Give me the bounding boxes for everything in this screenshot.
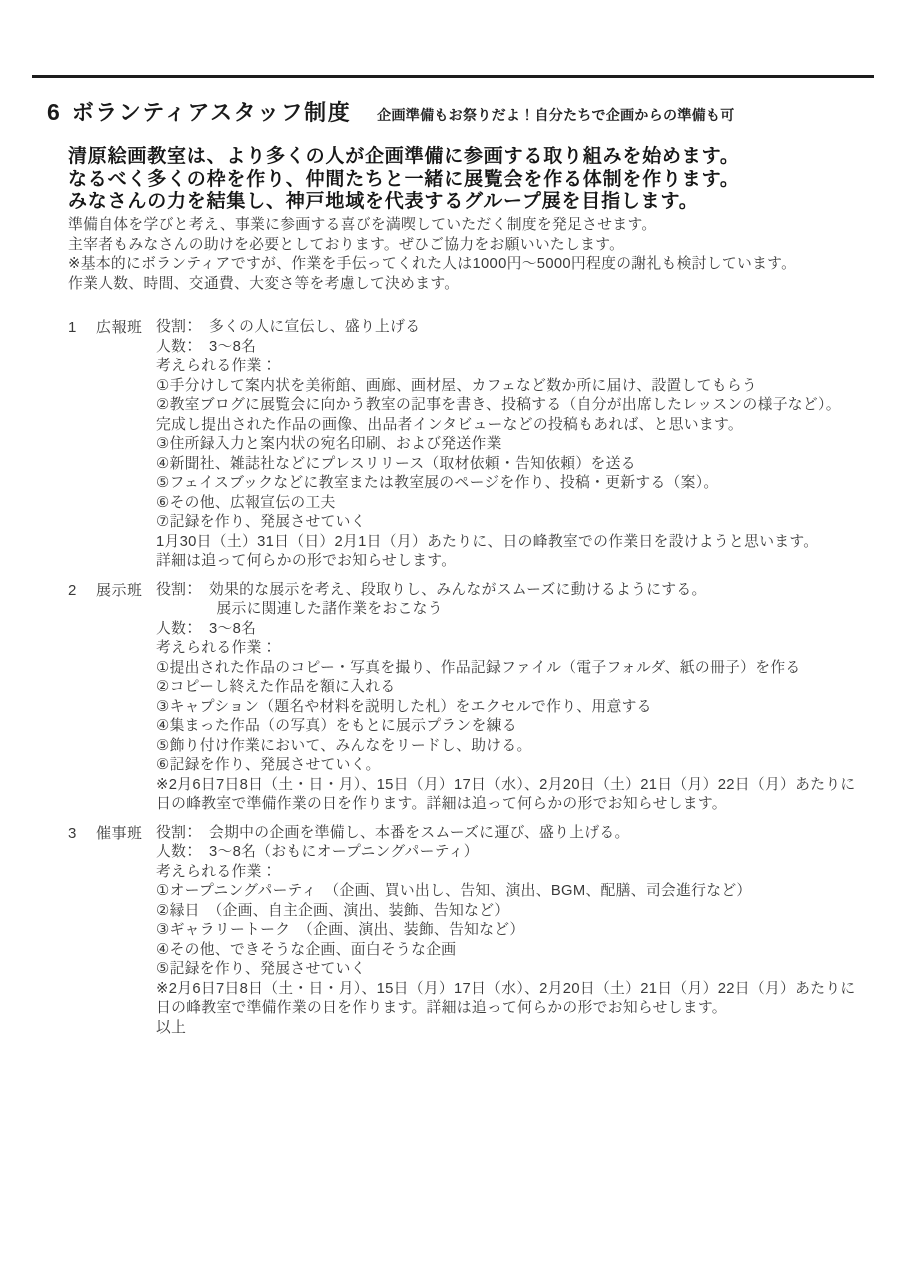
group-body: 役割： 効果的な展示を考え、段取りし、みんながスムーズに動けるようにする。 展示… bbox=[156, 581, 856, 815]
text-line: 役割： 会期中の企画を準備し、本番をスムーズに運び、盛り上げる。 bbox=[156, 824, 856, 844]
text-line: ⑦記録を作り、発展させていく bbox=[156, 513, 841, 533]
group-body: 役割： 会期中の企画を準備し、本番をスムーズに運び、盛り上げる。人数： 3～8名… bbox=[156, 824, 856, 1039]
text-line: 詳細は追って何らかの形でお知らせします。 bbox=[156, 552, 841, 572]
group-body: 役割： 多くの人に宣伝し、盛り上げる人数： 3～8名考えられる作業：①手分けして… bbox=[156, 318, 841, 572]
text-line: ①オープニングパーティ （企画、買い出し、告知、演出、BGM、配膳、司会進行など… bbox=[156, 882, 856, 902]
page-subtitle: 企画準備もお祭りだよ！自分たちで企画からの準備も可 bbox=[377, 105, 734, 125]
text-line: ①提出された作品のコピー・写真を撮り、作品記録ファイル（電子フォルダ、紙の冊子）… bbox=[156, 659, 856, 679]
group-name: 広報班 bbox=[96, 318, 156, 572]
intro-lead-paragraph: 清原絵画教室は、より多くの人が企画準備に参画する取り組みを始めます。なるべく多く… bbox=[68, 146, 740, 214]
text-line: ②縁日 （企画、自主企画、演出、装飾、告知など） bbox=[156, 902, 856, 922]
text-line: ④集まった作品（の写真）をもとに展示プランを練る bbox=[156, 717, 856, 737]
text-line: 役割： 効果的な展示を考え、段取りし、みんながスムーズに動けるようにする。 bbox=[156, 581, 856, 601]
text-line: みなさんの力を結集し、神戸地域を代表するグループ展を目指します。 bbox=[68, 191, 740, 214]
text-line: 考えられる作業： bbox=[156, 639, 856, 659]
text-line: 日の峰教室で準備作業の日を作ります。詳細は追って何らかの形でお知らせします。 bbox=[156, 795, 856, 815]
document-header: 6 ボランティアスタッフ制度 企画準備もお祭りだよ！自分たちで企画からの準備も可 bbox=[47, 96, 735, 127]
group-name: 催事班 bbox=[96, 824, 156, 1039]
text-line: 以上 bbox=[156, 1019, 856, 1039]
text-line: ※2月6日7日8日（土・日・月）、15日（月）17日（水）、2月20日（土）21… bbox=[156, 980, 856, 1000]
text-line: 人数： 3～8名 bbox=[156, 338, 841, 358]
task-group-section: 3 催事班 役割： 会期中の企画を準備し、本番をスムーズに運び、盛り上げる。人数… bbox=[68, 824, 856, 1039]
text-line: ③ギャラリートーク （企画、演出、装飾、告知など） bbox=[156, 921, 856, 941]
text-line: 考えられる作業： bbox=[156, 863, 856, 883]
text-line: ⑤フェイスブックなどに教室または教室展のページを作り、投稿・更新する（案）。 bbox=[156, 474, 841, 494]
text-line: ※2月6日7日8日（土・日・月）、15日（月）17日（水）、2月20日（土）21… bbox=[156, 776, 856, 796]
text-line: ⑤記録を作り、発展させていく bbox=[156, 960, 856, 980]
text-line: ⑤飾り付け作業において、みんなをリードし、助ける。 bbox=[156, 737, 856, 757]
text-line: 主宰者もみなさんの助けを必要としております。ぜひご協力をお願いいたします。 bbox=[68, 236, 796, 256]
text-line: ②コピーし終えた作品を額に入れる bbox=[156, 678, 856, 698]
group-number: 3 bbox=[68, 824, 96, 1039]
text-line: ④新聞社、雑誌社などにプレスリリース（取材依頼・告知依頼）を送る bbox=[156, 455, 841, 475]
document-page: 6 ボランティアスタッフ制度 企画準備もお祭りだよ！自分たちで企画からの準備も可… bbox=[0, 0, 906, 1280]
text-line: 人数： 3～8名（おもにオープニングパーティ） bbox=[156, 843, 856, 863]
page-title: ボランティアスタッフ制度 bbox=[72, 96, 351, 127]
text-line: ③キャプション（題名や材料を説明した札）をエクセルで作り、用意する bbox=[156, 698, 856, 718]
text-line: ④その他、できそうな企画、面白そうな企画 bbox=[156, 941, 856, 961]
text-line: 考えられる作業： bbox=[156, 357, 841, 377]
text-line: 日の峰教室で準備作業の日を作ります。詳細は追って何らかの形でお知らせします。 bbox=[156, 999, 856, 1019]
task-group-section: 1 広報班 役割： 多くの人に宣伝し、盛り上げる人数： 3～8名考えられる作業：… bbox=[68, 318, 856, 572]
top-divider bbox=[32, 75, 874, 78]
text-line: 清原絵画教室は、より多くの人が企画準備に参画する取り組みを始めます。 bbox=[68, 146, 740, 169]
text-line: 完成し提出された作品の画像、出品者インタビューなどの投稿もあれば、と思います。 bbox=[156, 416, 841, 436]
text-line: 1月30日（土）31日（日）2月1日（月）あたりに、日の峰教室での作業日を設けよ… bbox=[156, 533, 841, 553]
text-line: ⑥その他、広報宣伝の工夫 bbox=[156, 494, 841, 514]
text-line: 役割： 多くの人に宣伝し、盛り上げる bbox=[156, 318, 841, 338]
group-name: 展示班 bbox=[96, 581, 156, 815]
text-line: ※基本的にボランティアですが、作業を手伝ってくれた人は1000円～5000円程度… bbox=[68, 255, 796, 275]
group-number: 2 bbox=[68, 581, 96, 815]
text-line: 作業人数、時間、交通費、大変さ等を考慮して決めます。 bbox=[68, 275, 796, 295]
section-number: 6 bbox=[47, 99, 60, 126]
task-group-sections: 1 広報班 役割： 多くの人に宣伝し、盛り上げる人数： 3～8名考えられる作業：… bbox=[68, 318, 856, 1047]
text-line: ③住所録入力と案内状の宛名印刷、および発送作業 bbox=[156, 435, 841, 455]
intro-detail-paragraph: 準備自体を学びと考え、事業に参画する喜びを満喫していただく制度を発足させます。主… bbox=[68, 216, 796, 294]
text-line: ②教室ブログに展覧会に向かう教室の記事を書き、投稿する（自分が出席したレッスンの… bbox=[156, 396, 841, 416]
text-line: なるべく多くの枠を作り、仲間たちと一緒に展覧会を作る体制を作ります。 bbox=[68, 169, 740, 192]
task-group-section: 2 展示班 役割： 効果的な展示を考え、段取りし、みんながスムーズに動けるように… bbox=[68, 581, 856, 815]
text-line: ⑥記録を作り、発展させていく。 bbox=[156, 756, 856, 776]
text-line: 準備自体を学びと考え、事業に参画する喜びを満喫していただく制度を発足させます。 bbox=[68, 216, 796, 236]
text-line: 展示に関連した諸作業をおこなう bbox=[156, 600, 856, 620]
group-number: 1 bbox=[68, 318, 96, 572]
text-line: 人数： 3～8名 bbox=[156, 620, 856, 640]
text-line: ①手分けして案内状を美術館、画廊、画材屋、カフェなど数か所に届け、設置してもらう bbox=[156, 377, 841, 397]
